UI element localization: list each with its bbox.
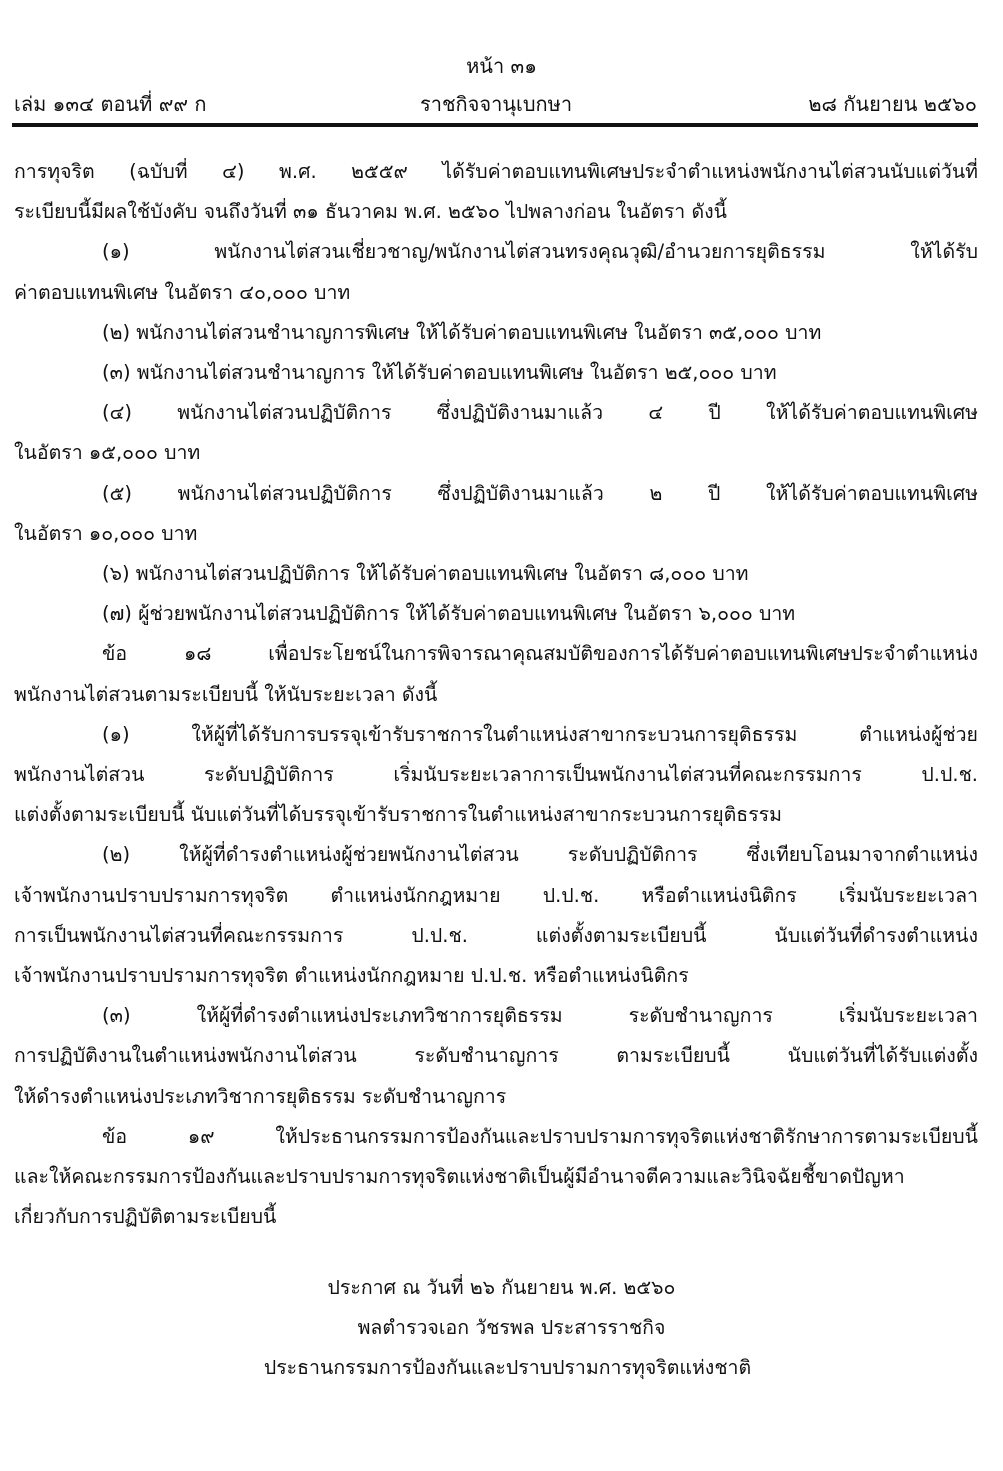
body-line: ให้ดำรงตำแหน่งประเภทวิชาการยุติธรรม ระดั… bbox=[14, 1077, 978, 1117]
body-line: ในอัตรา ๑๐,๐๐๐ บาท bbox=[14, 514, 978, 554]
body-line: พนักงานไต่สวนตามระเบียบนี้ ให้นับระยะเวล… bbox=[14, 675, 978, 715]
body-line: การทุจริต (ฉบับที่ ๔) พ.ศ. ๒๕๕๙ ได้รับค่… bbox=[14, 152, 978, 192]
body-line: (๖) พนักงานไต่สวนปฏิบัติการ ให้ได้รับค่า… bbox=[14, 554, 978, 594]
signature-name: พลตำรวจเอก วัชรพล ประสารราชกิจ bbox=[0, 1312, 1003, 1343]
body-line: เกี่ยวกับการปฏิบัติตามระเบียบนี้ bbox=[14, 1197, 978, 1237]
body-line: ในอัตรา ๑๕,๐๐๐ บาท bbox=[14, 433, 978, 473]
body-line: (๒) พนักงานไต่สวนชำนาญการพิเศษ ให้ได้รับ… bbox=[14, 313, 978, 353]
body-line: ระเบียบนี้มีผลใช้บังคับ จนถึงวันที่ ๓๑ ธ… bbox=[14, 192, 978, 232]
body-line: การเป็นพนักงานไต่สวนที่คณะกรรมการ ป.ป.ช.… bbox=[14, 916, 978, 956]
body-line: ข้อ ๑๘ เพื่อประโยชน์ในการพิจารณาคุณสมบัต… bbox=[14, 634, 978, 674]
body-line: (๗) ผู้ช่วยพนักงานไต่สวนปฏิบัติการ ให้ได… bbox=[14, 594, 978, 634]
document-body: การทุจริต (ฉบับที่ ๔) พ.ศ. ๒๕๕๙ ได้รับค่… bbox=[14, 152, 978, 1237]
body-line: ข้อ ๑๙ ให้ประธานกรรมการป้องกันและปราบปรา… bbox=[14, 1117, 978, 1157]
signature-date: ประกาศ ณ วันที่ ๒๖ กันยายน พ.ศ. ๒๕๖๐ bbox=[0, 1272, 1003, 1303]
header-date: ๒๘ กันยายน ๒๕๖๐ bbox=[808, 88, 977, 120]
body-line: และให้คณะกรรมการป้องกันและปราบปรามการทุจ… bbox=[14, 1157, 978, 1197]
body-line: (๓) พนักงานไต่สวนชำนาญการ ให้ได้รับค่าตอ… bbox=[14, 353, 978, 393]
header-publication: ราชกิจจานุเบกษา bbox=[420, 88, 572, 120]
body-line: การปฏิบัติงานในตำแหน่งพนักงานไต่สวน ระดั… bbox=[14, 1036, 978, 1076]
body-line: (๑) พนักงานไต่สวนเชี่ยวชาญ/พนักงานไต่สวน… bbox=[14, 232, 978, 272]
body-line: เจ้าพนักงานปราบปรามการทุจริต ตำแหน่งนักก… bbox=[14, 876, 978, 916]
body-line: (๕) พนักงานไต่สวนปฏิบัติการ ซึ่งปฏิบัติง… bbox=[14, 474, 978, 514]
body-line: (๒) ให้ผู้ที่ดำรงตำแหน่งผู้ช่วยพนักงานไต… bbox=[14, 835, 978, 875]
header-rule bbox=[12, 123, 978, 127]
page-number: หน้า ๓๑ bbox=[0, 50, 1003, 82]
header-volume: เล่ม ๑๓๔ ตอนที่ ๙๙ ก bbox=[14, 88, 206, 120]
body-line: (๑) ให้ผู้ที่ได้รับการบรรจุเข้ารับราชการ… bbox=[14, 715, 978, 755]
body-line: พนักงานไต่สวน ระดับปฏิบัติการ เริ่มนับระ… bbox=[14, 755, 978, 795]
body-line: ค่าตอบแทนพิเศษ ในอัตรา ๔๐,๐๐๐ บาท bbox=[14, 273, 978, 313]
body-line: (๓) ให้ผู้ที่ดำรงตำแหน่งประเภทวิชาการยุต… bbox=[14, 996, 978, 1036]
signature-position: ประธานกรรมการป้องกันและปราบปรามการทุจริต… bbox=[0, 1352, 1003, 1383]
body-line: เจ้าพนักงานปราบปรามการทุจริต ตำแหน่งนักก… bbox=[14, 956, 978, 996]
body-line: (๔) พนักงานไต่สวนปฏิบัติการ ซึ่งปฏิบัติง… bbox=[14, 393, 978, 433]
body-line: แต่งตั้งตามระเบียบนี้ นับแต่วันที่ได้บรร… bbox=[14, 795, 978, 835]
